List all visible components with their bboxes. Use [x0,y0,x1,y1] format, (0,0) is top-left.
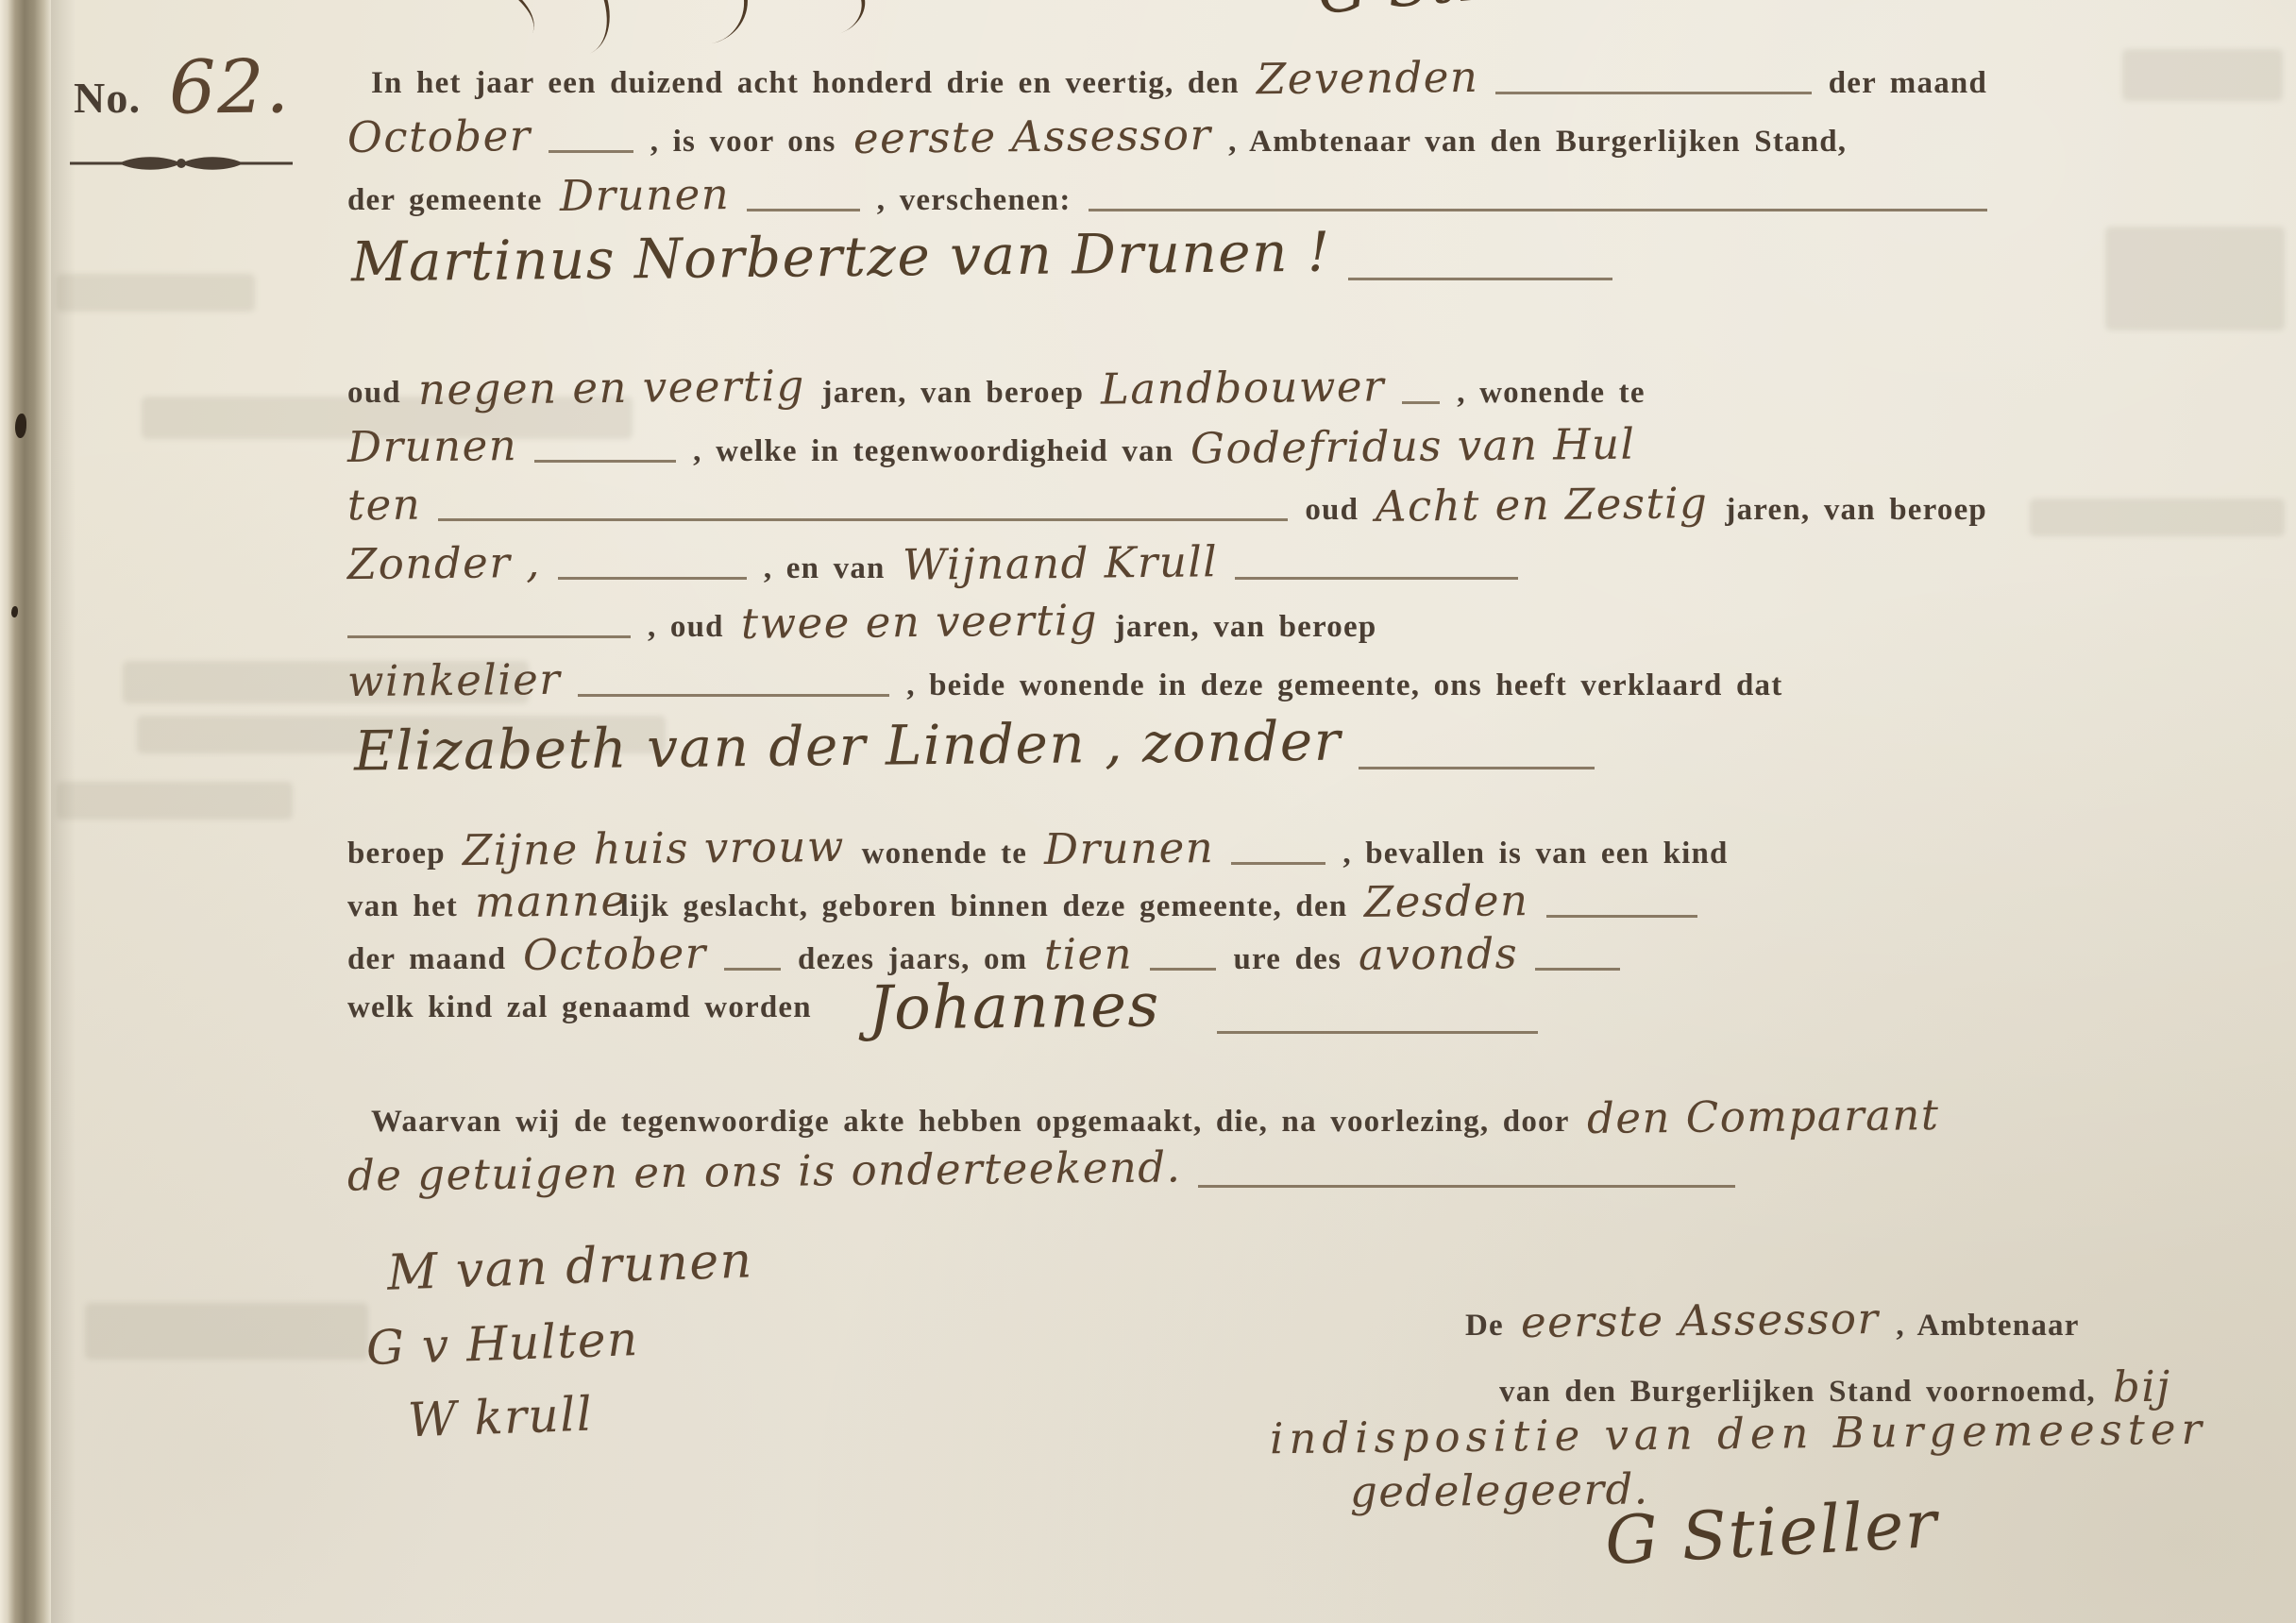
body-line-12: beroep Zijne huis vrouw wonende te Drune… [347,823,1987,873]
printed-text: , welke in tegenwoordigheid van [693,434,1173,469]
blank-rule [1535,968,1620,971]
printed-text: oud [1305,493,1359,528]
handwritten-witness1-occupation: Zonder , [347,537,541,589]
blank-rule [1198,1185,1735,1188]
handwritten-declarant-name: Martinus Norbertze van Drunen ! [351,220,1331,295]
body-line-13: van het manne lijk geslacht, geboren bin… [347,876,1987,926]
body-line-5: oud negen en veertig jaren, van beroep L… [347,363,1987,413]
blank-rule [534,460,676,463]
bleed-through-smudge [2030,499,2285,536]
printed-text: , bevallen is van een kind [1342,837,1728,871]
closing-line-2: de getuigen en ons is onderteekend. [347,1146,1735,1196]
bleed-through-smudge [2105,227,2285,330]
blank-rule [1235,577,1518,580]
handwritten-age: negen en veertig [418,361,805,414]
printed-text: , wonende te [1457,376,1645,411]
printed-text: jaren, van beroep [822,376,1085,411]
pen-stroke-fragment [788,0,873,45]
blank-rule [1402,401,1440,404]
handwritten-municipality: Drunen [559,169,730,221]
blank-rule [747,209,860,211]
printed-text: , verschenen: [877,183,1072,218]
handwritten-mother-residence: Drunen [1044,822,1215,874]
printed-text: wonende te [862,837,1028,871]
handwritten-day: Zevenden [1257,52,1479,104]
blank-rule [724,968,781,971]
printed-text: , beide wonende in deze gemeente, ons he… [906,668,1782,703]
printed-text: der maand [1829,66,1987,101]
body-line-7: ten oud Acht en Zestig jaren, van beroep [347,480,1987,530]
printed-text: , Ambtenaar van den Burgerlijken Stand, [1228,125,1847,160]
blank-rule [578,694,889,697]
bleed-through-smudge [57,782,293,820]
official-line-3: indispositie van den Burgemeester [1270,1409,2207,1459]
handwritten-mother-status: Zijne huis vrouw [462,821,844,875]
book-binding-edge [0,0,51,1623]
handwritten-closing-cont: de getuigen en ons is onderteekend. [347,1141,1182,1200]
handwritten-occupation: Landbouwer [1101,361,1386,414]
handwritten-witness1-name-cont: ten [347,480,422,531]
blank-rule [1217,1031,1538,1034]
blank-rule [558,577,747,580]
pen-stroke-fragment [651,0,756,53]
printed-text: , oud [648,610,724,645]
signature-text: W krull [407,1387,594,1448]
signature-text: M van drunen [386,1232,753,1301]
body-line-1: In het jaar een duizend acht honderd dri… [371,53,1987,103]
handwritten-witness1-name: Godefridus van Hul [1190,419,1636,474]
handwritten-witness1-age: Acht en Zestig [1376,478,1709,532]
blank-rule [1546,915,1697,918]
birth-record-page: G Stieller No. 62. In het jaar een duize… [0,0,2296,1623]
bleed-through-smudge [85,1303,368,1360]
body-line-3: der gemeente Drunen , verschenen: [347,170,1987,220]
signature-fragment: G Stieller [1314,0,1625,28]
top-edge-signature: G Stieller [1317,0,1623,15]
ornamental-divider [70,151,293,176]
printed-text: , en van [764,551,886,586]
body-line-11: Elizabeth van der Linden , zonder [354,714,1827,778]
official-line-1: De eerste Assessor , Ambtenaar [1465,1295,2080,1345]
body-line-4: Martinus Norbertze van Drunen ! [351,225,1824,289]
closing-line-1: Waarvan wij de tegenwoordige akte hebben… [371,1091,2240,1141]
printed-text: van den Burgerlijken Stand voornoemd, [1499,1375,2096,1410]
handwritten-official-title: eerste Assessor [853,110,1211,163]
body-line-2: October , is voor ons eerste Assessor , … [347,111,1987,161]
handwritten-gender: manne [475,875,628,927]
printed-text: jaren, van beroep [1115,610,1377,645]
printed-text: In het jaar een duizend acht honderd dri… [371,66,1240,101]
handwritten-official-title: eerste Assessor [1521,1293,1880,1347]
printed-text: welk kind zal genaamd worden [347,990,812,1025]
handwritten-witness2-occupation: winkelier [347,654,562,706]
signature-witness1: G v Hulten [366,1316,639,1371]
body-line-15: welk kind zal genaamd worden Johannes [347,972,1820,1042]
handwritten-delegation: indispositie van den Burgemeester [1270,1404,2207,1463]
handwritten-witness2-name: Wijnand Krull [902,536,1218,589]
blank-rule [1231,862,1325,865]
signature-witness2: W krull [408,1390,593,1445]
bleed-through-smudge [2122,49,2283,101]
blank-rule [1495,92,1811,94]
printed-text: Waarvan wij de tegenwoordige akte hebben… [371,1105,1570,1140]
printed-text: der gemeente [347,183,543,218]
printed-text: beroep [347,837,446,871]
handwritten-birth-day: Zesden [1364,875,1529,927]
handwritten-child-name: Johannes [868,971,1159,1043]
body-line-8: Zonder , , en van Wijnand Krull [347,538,1896,588]
printed-text: De [1465,1309,1504,1344]
printed-text: , is voor ons [650,125,836,160]
printed-text: oud [347,376,401,411]
official-signature: G Stieller [1605,1494,1938,1571]
body-line-6: Drunen , welke in tegenwoordigheid van G… [347,421,2056,471]
bleed-through-smudge [57,274,255,312]
handwritten-closing: den Comparant [1586,1090,1939,1143]
record-number: No. 62. [74,45,291,130]
signature-text: G Stieller [1603,1485,1940,1580]
blank-rule [1089,209,1987,211]
blank-rule [438,518,1288,521]
printed-text: van het [347,889,458,924]
signature-text: G v Hulten [365,1311,640,1376]
printed-text: lijk geslacht, geboren binnen deze gemee… [620,889,1348,924]
blank-rule [1359,767,1595,769]
printed-text: jaren, van beroep [1725,493,1987,528]
record-number-label: No. [74,73,141,123]
blank-rule [1348,278,1612,280]
official-line-2: van den Burgerlijken Stand voornoemd, bi… [1499,1361,2171,1412]
printed-text: , Ambtenaar [1896,1309,2079,1344]
handwritten-residence: Drunen [347,420,518,472]
handwritten-witness2-age: twee en veertig [740,595,1098,649]
blank-rule [347,635,631,638]
blank-rule [1150,968,1216,971]
handwritten-month: October [347,110,532,162]
body-line-10: winkelier , beide wonende in deze gemeen… [347,655,2047,705]
signature-comparant: M van drunen [387,1239,753,1295]
record-number-value: 62. [169,44,291,130]
blank-rule [549,150,633,153]
handwritten-mother-name: Elizabeth van der Linden , zonder [354,709,1342,784]
body-line-9: , oud twee en veertig jaren, van beroep [347,597,1987,647]
